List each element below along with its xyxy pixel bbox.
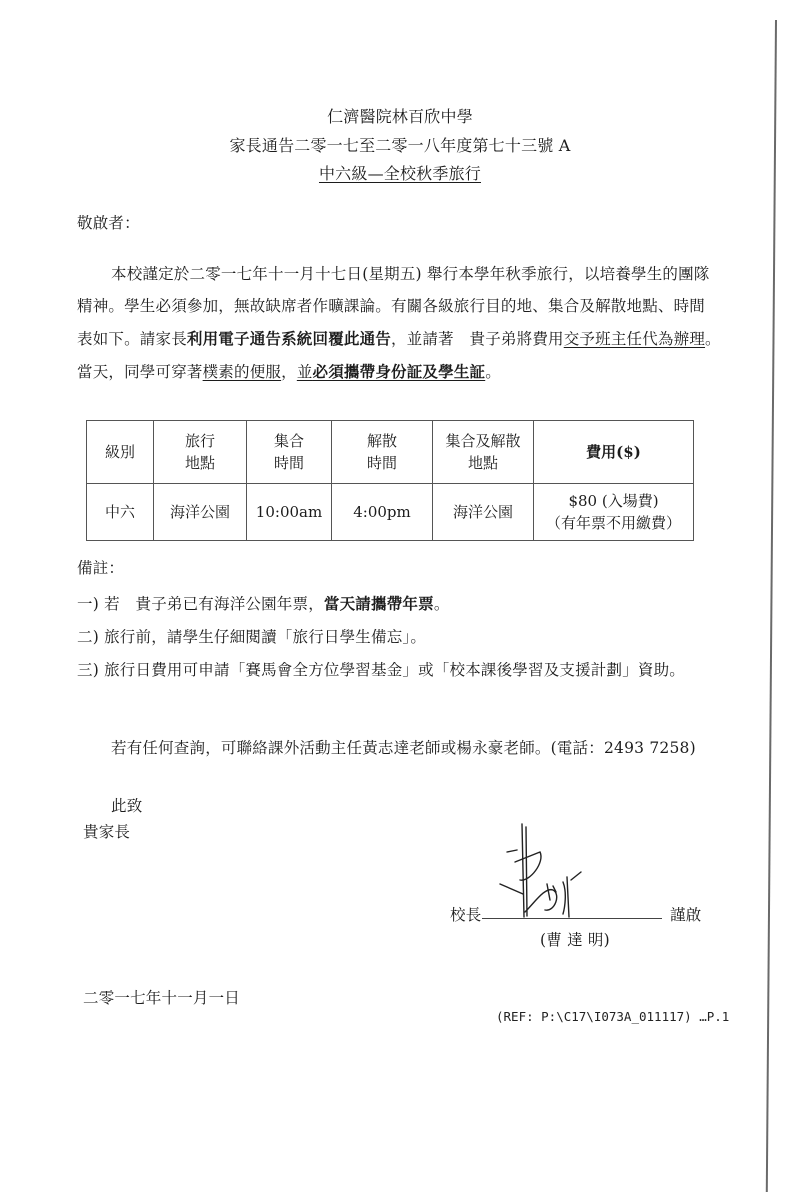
table-row: 中六 海洋公園 10:00am 4:00pm 海洋公園 $80 (入場費)（有年…	[87, 484, 694, 541]
salutation: 敬啟者：	[77, 213, 140, 233]
header-grade: 級別	[87, 421, 154, 484]
principal-signature	[495, 822, 595, 922]
header-dismissal-time: 解散時間	[332, 421, 433, 484]
cell-place: 海洋公園	[433, 484, 534, 541]
id-requirement-prefix: 並	[297, 363, 313, 381]
body-line-4-comma: ，	[281, 363, 297, 381]
principal-title: 校長	[450, 905, 481, 925]
fee-instruction: 交予班主任代為辦理	[564, 330, 705, 348]
header-assembly-time: 集合時間	[247, 421, 332, 484]
body-line-4: 當天，同學可穿著樸素的便服，並必須攜帶身份証及學生証。	[77, 362, 501, 382]
header-place: 集合及解散地點	[433, 421, 534, 484]
table-header-row: 級別 旅行地點 集合時間 解散時間 集合及解散地點 費用($)	[87, 421, 694, 484]
id-requirement: 並必須攜帶身份証及學生証	[297, 363, 485, 381]
reply-instruction: 利用電子通告系統回覆此通告	[187, 329, 391, 348]
body-line-2: 精神。學生必須參加，無故缺席者作曠課論。有關各級旅行目的地、集合及解散地點、時間	[77, 296, 705, 316]
cell-dismissal-time: 4:00pm	[332, 484, 433, 541]
body-line-3-mid: ，並請著 貴子弟將費用	[391, 330, 564, 348]
signature-respect: 謹啟	[670, 905, 701, 925]
body-line-4-end: 。	[485, 363, 501, 381]
signature-line	[482, 918, 662, 919]
remark-item-3: 三) 旅行日費用可申請「賽馬會全方位學習基金」或「校本課後學習及支援計劃」資助。	[77, 660, 685, 680]
cell-grade: 中六	[87, 484, 154, 541]
remark-item-1: 一) 若 貴子弟已有海洋公園年票，當天請攜帶年票。	[77, 594, 450, 614]
closing-line-2: 貴家長	[83, 822, 130, 842]
trip-schedule-table: 級別 旅行地點 集合時間 解散時間 集合及解散地點 費用($) 中六 海洋公園 …	[86, 420, 694, 541]
reference-code: (REF: P:\C17\I073A_011117) …P.1	[496, 1009, 729, 1024]
cell-destination: 海洋公園	[154, 484, 247, 541]
scan-edge-line	[766, 20, 777, 1192]
subject-text: 中六級—全校秋季旅行	[319, 164, 481, 183]
dress-code: 樸素的便服	[203, 363, 282, 381]
id-requirement-bold: 必須攜帶身份証及學生証	[313, 362, 486, 381]
school-name: 仁濟醫院林百欣中學	[0, 107, 800, 127]
body-line-3-text: 表如下。請家長	[77, 330, 187, 348]
cell-fee: $80 (入場費)（有年票不用繳費）	[534, 484, 694, 541]
body-line-1: 本校謹定於二零一七年十一月十七日(星期五) 舉行本學年秋季旅行，以培養學生的團隊	[111, 264, 710, 284]
header-destination: 旅行地點	[154, 421, 247, 484]
body-line-3: 表如下。請家長利用電子通告系統回覆此通告，並請著 貴子弟將費用交予班主任代為辦理…	[77, 329, 721, 349]
contact-info: 若有任何查詢，可聯絡課外活動主任黃志達老師或楊永豪老師。(電話：2493 725…	[111, 738, 696, 758]
body-line-4-text: 當天，同學可穿著	[77, 363, 203, 381]
cell-assembly-time: 10:00am	[247, 484, 332, 541]
principal-name: (曹 達 明)	[540, 930, 610, 950]
notice-page: 仁濟醫院林百欣中學 家長通告二零一七至二零一八年度第七十三號 A 中六級—全校秋…	[0, 0, 800, 1200]
body-line-3-end: 。	[705, 330, 721, 348]
remarks-label: 備註：	[77, 558, 124, 578]
notice-number: 家長通告二零一七至二零一八年度第七十三號 A	[0, 136, 800, 156]
remark-item-2: 二) 旅行前，請學生仔細閱讀「旅行日學生備忘」。	[77, 627, 426, 647]
header-fee: 費用($)	[534, 421, 694, 484]
closing-line-1: 此致	[111, 796, 142, 816]
notice-subject: 中六級—全校秋季旅行	[0, 164, 800, 184]
notice-date: 二零一七年十一月一日	[83, 988, 240, 1008]
